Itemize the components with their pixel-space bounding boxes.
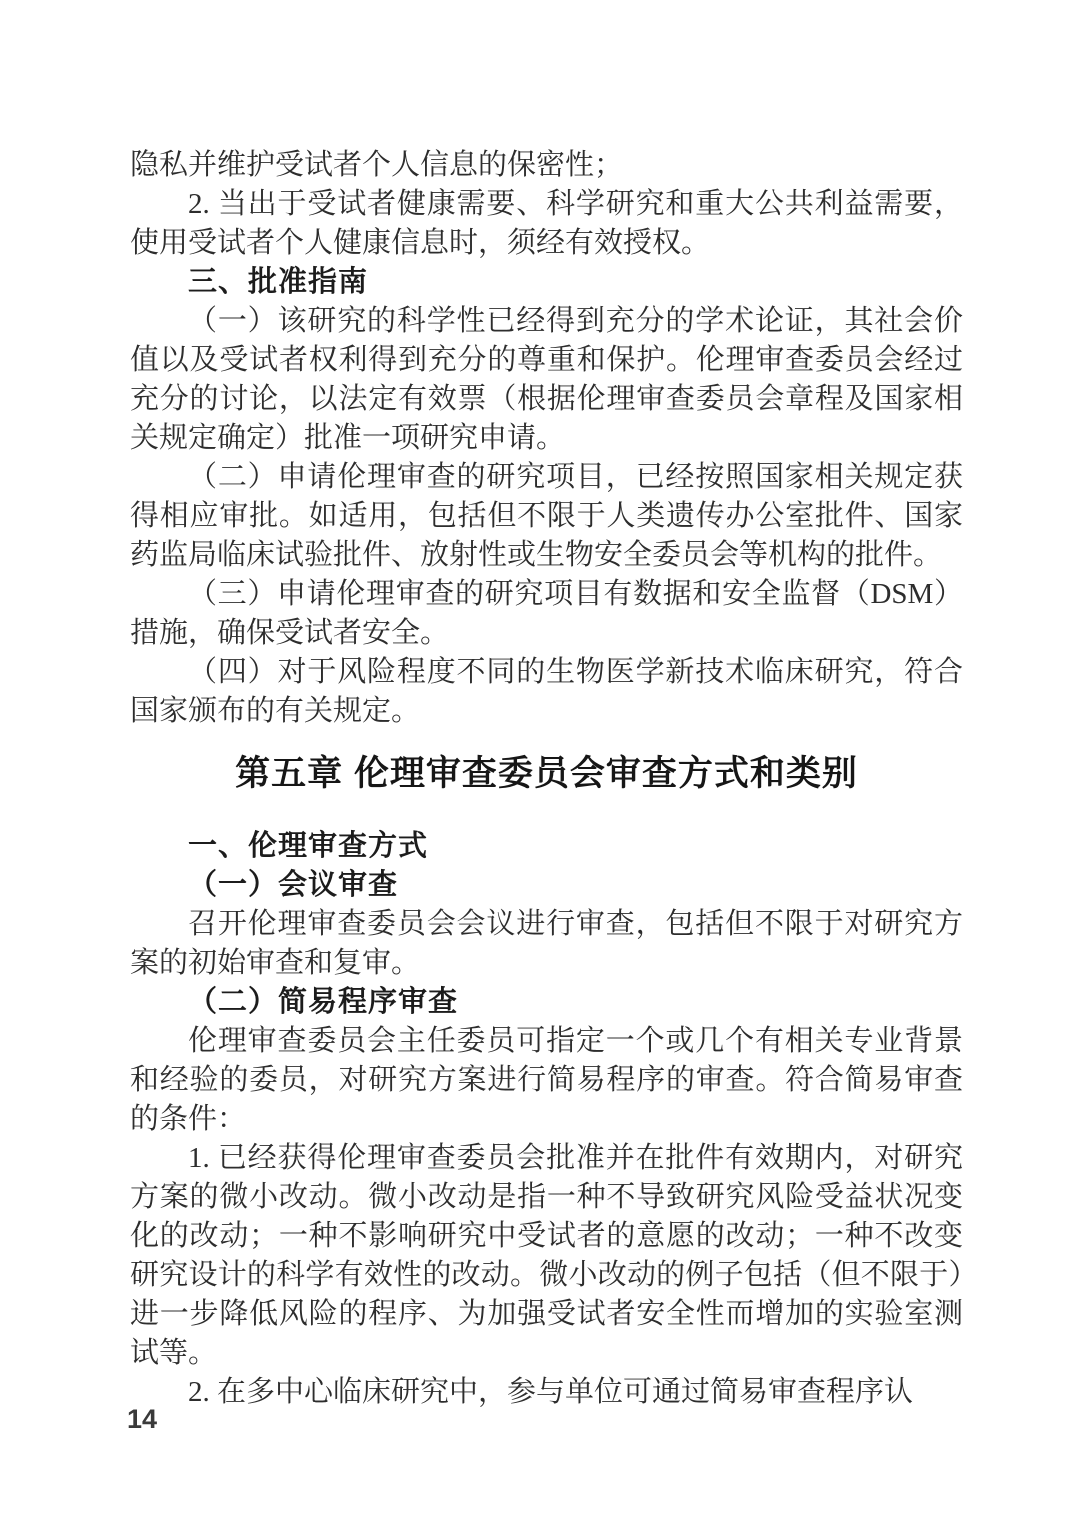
para-expedited-condition-2: 2. 在多中心临床研究中，参与单位可通过简易审查程序认 [130,1373,963,1412]
para-approval-item-4: （四）对于风险程度不同的生物医学新技术临床研究，符合国家颁布的有关规定。 [130,653,963,731]
para-health-info-authorization: 2. 当出于受试者健康需要、科学研究和重大公共利益需要，使用受试者个人健康信息时… [130,185,963,263]
para-expedited-review-intro: 伦理审查委员会主任委员可指定一个或几个有相关专业背景和经验的委员，对研究方案进行… [130,1022,963,1139]
chapter-heading: 第五章 伦理审查委员会审查方式和类别 [130,751,963,797]
heading-expedited-review: （二）简易程序审查 [130,983,963,1022]
heading-review-methods: 一、伦理审查方式 [130,827,963,866]
para-approval-item-3: （三）申请伦理审查的研究项目有数据和安全监督（DSM）措施，确保受试者安全。 [130,575,963,653]
para-privacy-confidentiality-continuation: 隐私并维护受试者个人信息的保密性； [130,146,963,185]
para-approval-item-1: （一）该研究的科学性已经得到充分的学术论证，其社会价值以及受试者权利得到充分的尊… [130,302,963,458]
para-approval-item-2: （二）申请伦理审查的研究项目，已经按照国家相关规定获得相应审批。如适用，包括但不… [130,458,963,575]
document-page: 隐私并维护受试者个人信息的保密性； 2. 当出于受试者健康需要、科学研究和重大公… [0,0,1080,1528]
page-number: 14 [127,1404,157,1435]
para-expedited-condition-1: 1. 已经获得伦理审查委员会批准并在批件有效期内，对研究方案的微小改动。微小改动… [130,1139,963,1373]
para-meeting-review: 召开伦理审查委员会会议进行审查，包括但不限于对研究方案的初始审查和复审。 [130,905,963,983]
heading-approval-guidelines: 三、批准指南 [130,263,963,302]
document-content: 隐私并维护受试者个人信息的保密性； 2. 当出于受试者健康需要、科学研究和重大公… [130,146,963,1412]
heading-meeting-review: （一）会议审查 [130,866,963,905]
